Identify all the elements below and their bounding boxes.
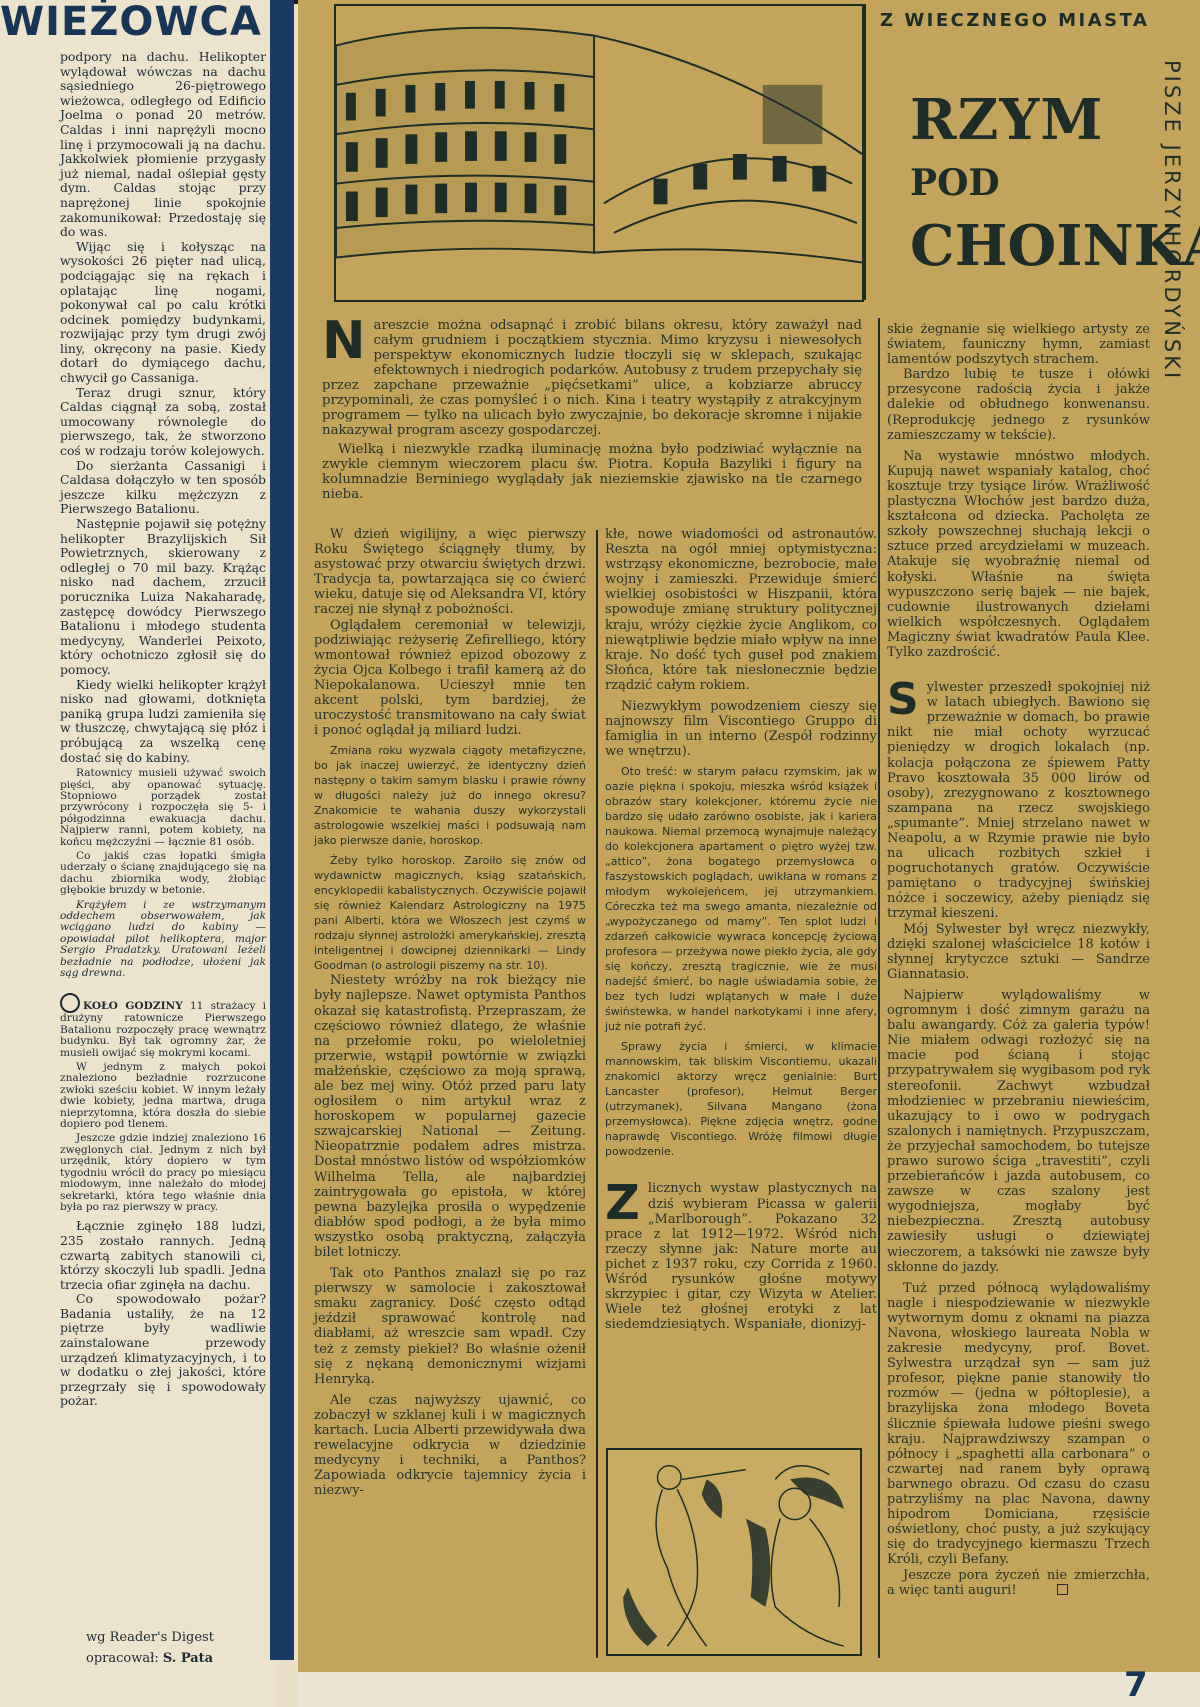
- paragraph: Najpierw wylądowaliśmy w ogromnym i dość…: [887, 988, 1150, 1275]
- page-number: 7: [1124, 1665, 1148, 1705]
- paragraph: Niestety wróżby na rok bieżący nie były …: [314, 973, 586, 1260]
- paragraph: Bardzo lubię te tusze i ołówki przesycon…: [887, 367, 1150, 442]
- left-article-panel: WIEŻOWCA podpory na dachu. Helikopter wy…: [0, 0, 277, 1707]
- paragraph: Tuż przed północą wylądowaliśmy nagle i …: [887, 1281, 1150, 1568]
- paragraph: Niezwykłym powodzeniem cieszy się najnow…: [605, 699, 877, 759]
- dropcap: S: [887, 680, 919, 720]
- editor-line: opracował: S. Pata: [86, 1648, 214, 1669]
- column-3: skie żegnanie się wielkiego artysty ze ś…: [887, 322, 1150, 1598]
- paragraph: Do sierżanta Cassanigi i Caldasa dołączy…: [60, 459, 266, 517]
- paragraph-small: Oto treść: w starym pałacu rzymskim, jak…: [605, 764, 877, 1034]
- paragraph-small: Żeby tylko horoskop. Zaroiło się znów od…: [314, 853, 586, 973]
- section-lead: KOŁO GODZINY: [83, 1000, 183, 1012]
- left-article-title: WIEŻOWCA: [0, 0, 262, 44]
- dropcap: Z: [605, 1181, 640, 1225]
- article-credit: wg Reader's Digest opracował: S. Pata: [86, 1627, 214, 1669]
- closing-paragraph: Jeszcze pora życzeń nie zmierzchła, a wi…: [887, 1568, 1150, 1598]
- left-article-body: podpory na dachu. Helikopter wylądował w…: [60, 50, 266, 1409]
- paragraph: W dzień wigilijny, a więc pierwszy Roku …: [314, 527, 586, 618]
- paragraph: Tak oto Panthos znalazł się po raz pierw…: [314, 1266, 586, 1387]
- article-headline: RZYM POD CHOINKĄ: [910, 90, 1200, 276]
- column-1: W dzień wigilijny, a więc pierwszy Roku …: [314, 527, 586, 1499]
- paragraph: Co spowodowało pożar? Badania ustaliły, …: [60, 1292, 266, 1409]
- colosseum-illustration: [334, 4, 864, 302]
- paragraph: Na wystawie mnóstwo młodych. Kupują nawe…: [887, 449, 1150, 660]
- picasso-drawing-icon: [608, 1450, 860, 1654]
- paragraph: kłe, nowe wiadomości od astronautów. Res…: [605, 527, 877, 693]
- editor-name: S. Pata: [163, 1651, 213, 1666]
- paragraph-small: Zmiana roku wyzwala ciągoty metafizyczne…: [314, 743, 586, 848]
- section-paragraph: Sylwester przeszedł spokojniej niż w lat…: [887, 680, 1150, 922]
- lead-paragraphs: Nareszcie można odsapnąć i zrobić bilans…: [322, 318, 862, 506]
- paragraph: Oglądałem ceremoniał w telewizji, podziw…: [314, 618, 586, 739]
- paragraph-small: Co jakiś czas łopatki śmigła uderzały o …: [60, 851, 266, 897]
- navy-divider-bar: [270, 0, 294, 1660]
- column-2: kłe, nowe wiadomości od astronautów. Res…: [605, 527, 877, 1332]
- headline-line-2: POD: [910, 156, 1200, 210]
- headline-line-3: CHOINKĄ: [910, 216, 1200, 276]
- paragraph: Następnie pojawił się potężny helikopter…: [60, 517, 266, 678]
- section-paragraph: Zlicznych wystaw plastycznych na dziś wy…: [605, 1181, 877, 1332]
- paragraph: Mój Sylwester był wręcz niezwykły, dzięk…: [887, 922, 1150, 982]
- source-line: wg Reader's Digest: [86, 1627, 214, 1648]
- paragraph: podpory na dachu. Helikopter wylądował w…: [60, 50, 266, 240]
- headline-line-1: RZYM: [910, 90, 1200, 150]
- paragraph-small: Sprawy życia i śmierci, w klimacie manno…: [605, 1039, 877, 1159]
- column-rule: [596, 530, 598, 1658]
- section-kicker: Z WIECZNEGO MIASTA: [880, 10, 1149, 31]
- page-bottom-margin: [298, 1672, 1200, 1707]
- section-lead-paragraph: KOŁO GODZINY 11 strażacy i drużyny ratow…: [60, 993, 266, 1059]
- paragraph: skie żegnanie się wielkiego artysty ze ś…: [887, 322, 1150, 367]
- lead-paragraph: Nareszcie można odsapnąć i zrobić bilans…: [322, 318, 862, 438]
- colosseum-drawing-icon: [336, 6, 862, 300]
- paragraph-small: Ratownicy musieli używać swoich pięści, …: [60, 768, 266, 848]
- paragraph: Kiedy wielki helikopter krążył nisko nad…: [60, 678, 266, 766]
- pilot-quote: Krążyłem i ze wstrzymanym oddechem obser…: [60, 900, 266, 980]
- paragraph: Teraz drugi sznur, który Caldas ciągnął …: [60, 386, 266, 459]
- circle-bullet-icon: [60, 993, 80, 1013]
- dropcap: N: [322, 318, 366, 364]
- paragraph: Ale czas najwyższy ujawnić, co zobaczył …: [314, 1393, 586, 1499]
- paragraph: Wijąc się i kołysząc na wysokości 26 pię…: [60, 240, 266, 386]
- header-divider: [864, 4, 866, 300]
- paragraph: Łącznie zginęło 188 ludzi, 235 zostało r…: [60, 1219, 266, 1292]
- paragraph-small: Jeszcze gdzie indziej znaleziono 16 zwęg…: [60, 1133, 266, 1213]
- author-byline: PISZE JERZY HORDYŃSKI: [1160, 60, 1184, 381]
- picasso-illustration: [606, 1448, 862, 1656]
- lead-paragraph: Wielką i niezwykle rzadką iluminację moż…: [322, 442, 862, 502]
- end-mark-icon: [1057, 1584, 1068, 1595]
- column-rule: [878, 318, 880, 1658]
- paragraph-small: W jednym z małych pokoi znaleziono bezła…: [60, 1062, 266, 1130]
